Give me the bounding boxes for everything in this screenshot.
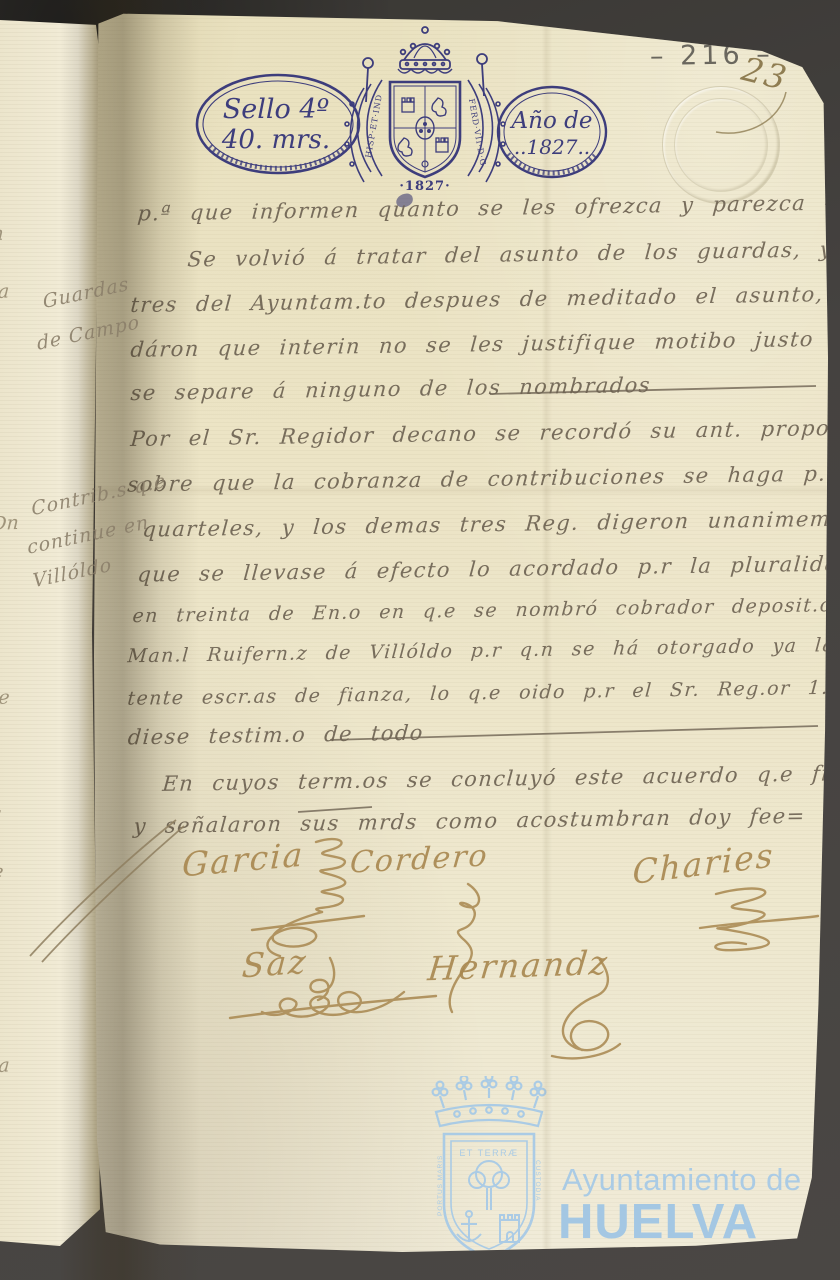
verso-text-fragment: da — [0, 104, 59, 130]
manuscript-line: se separe á ninguno de los nombrados — [130, 373, 652, 405]
ink-blot — [395, 192, 414, 208]
svg-text:FERD·VII·D·G: FERD·VII·D·G — [467, 98, 488, 167]
svg-text:PORTUS MARIS: PORTUS MARIS — [437, 1155, 444, 1216]
tree-icon — [469, 1161, 509, 1210]
verso-text-fragment: lde — [0, 858, 59, 884]
manuscript-line: que se llevase á efecto lo acordado p.r … — [137, 551, 828, 586]
manuscript-line: Por el Sr. Regidor decano se recordó su … — [130, 415, 828, 451]
manuscript-line: Se volvió á tratar del asunto de los gua… — [187, 237, 828, 272]
signature-cordero: Cordero — [349, 838, 491, 880]
manuscript-line: Man.l Ruifern.z de Villóldo p.r q.n se h… — [127, 633, 828, 668]
svg-text:40. mrs.: 40. mrs. — [221, 125, 330, 155]
verso-text-fragment: ca — [0, 1178, 59, 1204]
manuscript-line: y señalaron sus mrds como acostumbran do… — [133, 804, 807, 839]
svg-text:..1827..: ..1827.. — [514, 135, 590, 159]
manuscript-page: Sello 4º 40. mrs. Año de ..1827.. — [94, 10, 828, 1252]
verso-text-fragment: fle — [0, 162, 59, 188]
manuscript-line: en treinta de En.o en q.e se nombró cobr… — [132, 593, 828, 627]
manuscript-line: sobre que la cobranza de contribuciones … — [127, 461, 828, 496]
legend-ribbons: HISP·ET·IND FERD·VII·D·G — [358, 80, 493, 176]
folio-number-ink: 23 — [738, 49, 792, 98]
huelva-shield-icon: ET TERRÆ PORTUS MARIS — [424, 1076, 554, 1252]
verso-text-fragment: ude — [0, 684, 59, 710]
verso-text-fragment: los — [0, 800, 59, 826]
anchor-icon — [457, 1211, 481, 1242]
verso-text-fragment: oo — [0, 394, 59, 420]
document-scan: l da fle ian Lea la oo ra a Dn sã q ude … — [0, 0, 840, 1280]
signature-saz: Saz — [241, 942, 309, 986]
manuscript-line: p.ª que informen quanto se les ofrezca y… — [137, 190, 828, 225]
laurel-sprigs — [345, 88, 505, 182]
verso-text-fragment: de — [0, 742, 59, 768]
verso-text-fragment: q — [0, 626, 59, 652]
svg-text:Año de: Año de — [510, 108, 593, 134]
stamp-year: ·1827· — [399, 179, 450, 194]
svg-text:ET TERRÆ: ET TERRÆ — [459, 1148, 518, 1158]
watermark-city-name: HUELVA — [558, 1194, 758, 1250]
stamp-right-oval: Año de ..1827.. — [498, 87, 606, 177]
watermark-crown — [433, 1076, 546, 1126]
manuscript-line: quarteles, y los demas tres Reg. digeron… — [142, 506, 828, 541]
watermark-org-name: Ayuntamiento de — [562, 1162, 802, 1198]
manuscript-line: tente escr.as de fianza, lo q.e oido p.r… — [127, 674, 828, 710]
fiscal-stamp: Sello 4º 40. mrs. Año de ..1827.. — [192, 24, 612, 206]
crown-icon — [398, 27, 452, 73]
verso-text-fragment: so — [0, 974, 59, 1000]
tower-icon — [500, 1215, 519, 1242]
coat-of-arms: HISP·ET·IND FERD·VII·D·G ·1827· — [345, 27, 505, 194]
verso-text-fragment: ian — [0, 220, 59, 246]
embossed-seal — [662, 86, 780, 204]
signature-hernandz: Hernandz — [426, 943, 611, 988]
verso-text-fragment: ra — [0, 452, 59, 478]
stamp-left-oval: Sello 4º 40. mrs. — [197, 75, 359, 173]
watermark-shield: ET TERRÆ PORTUS MARIS — [437, 1134, 541, 1252]
svg-text:CUSTODIA: CUSTODIA — [534, 1160, 541, 1201]
folio-number-pencil: – 216 – — [650, 39, 774, 72]
shield — [390, 82, 460, 177]
verso-text-fragment: l — [0, 46, 59, 72]
verso-text-fragment: no — [0, 1120, 59, 1146]
stamp-ornament-pins — [363, 54, 487, 102]
manuscript-line: dáron que interin no se les justifique m… — [130, 326, 828, 362]
svg-text:HISP·ET·IND: HISP·ET·IND — [364, 93, 384, 158]
manuscript-line: diese testim.o de todo — [127, 721, 425, 750]
manuscript-line: En cuyos term.os se concluyó este acuerd… — [162, 760, 828, 796]
verso-text-fragment: en — [0, 916, 59, 942]
verso-page-edge: l da fle ian Lea la oo ra a Dn sã q ude … — [0, 20, 100, 1246]
verso-text-fragment: l ba — [0, 1052, 59, 1078]
manuscript-line: tres del Ayuntam.to despues de meditado … — [130, 281, 828, 317]
svg-text:Sello 4º: Sello 4º — [223, 94, 330, 125]
